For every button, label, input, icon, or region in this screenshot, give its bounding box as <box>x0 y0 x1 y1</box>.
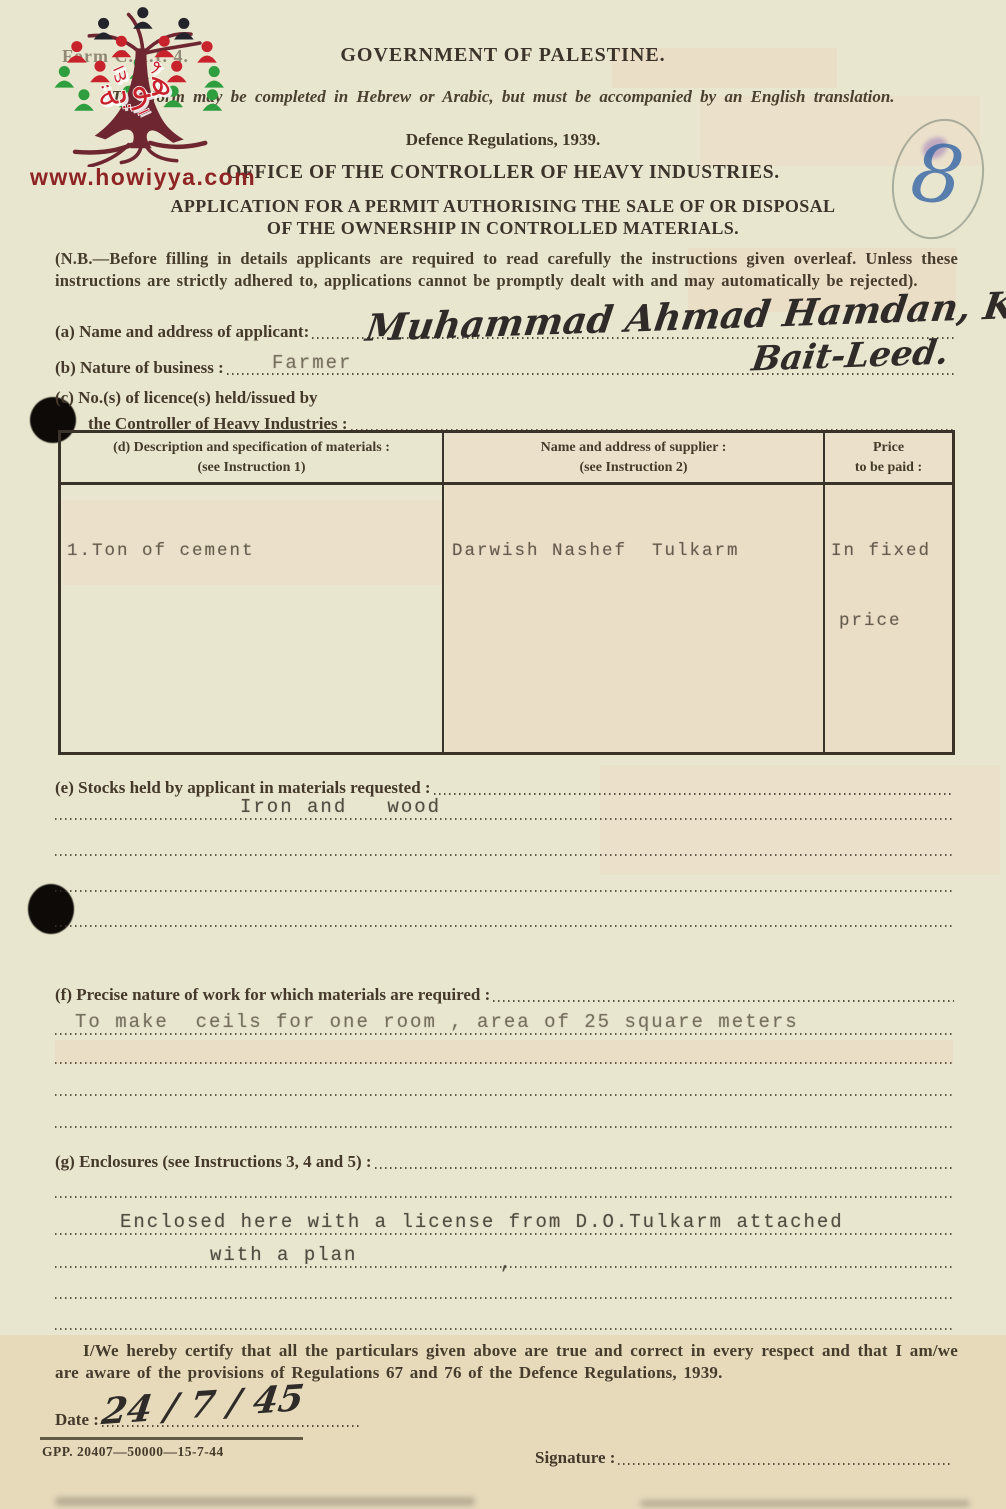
tree-roots <box>75 143 205 166</box>
header-price-line2: to be paid : <box>825 458 952 478</box>
dotted-line <box>55 1297 952 1299</box>
dotted-line <box>55 925 952 927</box>
typed-enclosures-line1: Enclosed here with a license from D.O.Tu… <box>120 1211 844 1233</box>
nb-note: (N.B.—Before filling in details applican… <box>55 248 958 292</box>
typed-supplier: Darwish Nashef Tulkarm <box>452 541 740 561</box>
date-label: Date : <box>55 1410 99 1430</box>
typed-description: 1.Ton of cement <box>67 541 255 561</box>
header-supplier-line2: (see Instruction 2) <box>444 458 823 478</box>
table-header-supplier: Name and address of supplier : (see Inst… <box>444 433 825 485</box>
application-title-line2: OF THE OWNERSHIP IN CONTROLLED MATERIALS… <box>0 218 1006 240</box>
typed-work: To make ceils for one room , area of 25 … <box>75 1011 799 1033</box>
typed-stocks: Iron and wood <box>240 796 441 818</box>
application-title-line1: APPLICATION FOR A PERMIT AUTHORISING THE… <box>0 196 1006 218</box>
typed-price-line2: price <box>839 611 902 631</box>
certification-text: I/We hereby certify that all the particu… <box>55 1340 958 1385</box>
field-c-line1: (c) No.(s) of licence(s) held/issued by <box>55 388 318 408</box>
dotted-line <box>434 793 954 795</box>
field-a-label: (a) Name and address of applicant: <box>55 322 309 342</box>
dotted-line <box>55 818 952 820</box>
header-price-line1: Price <box>825 438 952 458</box>
table-cell-description: 1.Ton of cement <box>61 485 444 752</box>
dotted-line <box>618 1463 950 1465</box>
field-b-label: (b) Nature of business : <box>55 358 224 378</box>
header-supplier-line1: Name and address of supplier : <box>444 438 823 458</box>
divider-line <box>40 1437 303 1440</box>
table-cell-supplier: Darwish Nashef Tulkarm <box>444 485 825 752</box>
dotted-line <box>55 1126 952 1128</box>
header-description-line1: (d) Description and specification of mat… <box>61 438 442 458</box>
dotted-line <box>55 1062 952 1064</box>
paper-stain <box>640 1500 970 1507</box>
field-g-label: (g) Enclosures (see Instructions 3, 4 an… <box>55 1152 372 1172</box>
dotted-line <box>55 1033 952 1035</box>
application-title: APPLICATION FOR A PERMIT AUTHORISING THE… <box>0 196 1006 239</box>
typed-business: Farmer <box>272 352 352 374</box>
watermark-url: www.howiyya.com <box>30 164 256 191</box>
field-e-label: (e) Stocks held by applicant in material… <box>55 778 431 798</box>
dotted-line <box>55 1233 952 1235</box>
scanned-form-page: Form C.H.I. 4. <box>0 0 1006 1509</box>
people-row-black <box>94 7 194 39</box>
table-header-description: (d) Description and specification of mat… <box>61 433 444 485</box>
table-cell-price: In fixed price <box>825 485 952 752</box>
typed-enclosures-line2: with a plan <box>210 1244 357 1266</box>
howiyya-logo-icon: هُوِيَّة هُوِيَّة <box>28 2 263 167</box>
dotted-line <box>375 1167 954 1169</box>
paper-stain <box>55 1497 475 1506</box>
dotted-line <box>55 1328 952 1330</box>
printer-imprint: GPP. 20407—50000—15-7-44 <box>42 1444 224 1460</box>
dotted-line <box>55 1196 952 1198</box>
typed-comma: , <box>500 1252 513 1274</box>
table-header-price: Price to be paid : <box>825 433 952 485</box>
dotted-line <box>55 890 952 892</box>
typed-price-line1: In fixed <box>831 541 931 561</box>
field-f-label: (f) Precise nature of work for which mat… <box>55 985 490 1005</box>
dotted-line <box>493 1000 954 1002</box>
header-description-line2: (see Instruction 1) <box>61 458 442 478</box>
paper-stain <box>55 1040 953 1064</box>
materials-table: (d) Description and specification of mat… <box>58 430 955 755</box>
signature-label: Signature : <box>535 1448 615 1468</box>
dotted-line <box>55 854 952 856</box>
dotted-line <box>55 1094 952 1096</box>
